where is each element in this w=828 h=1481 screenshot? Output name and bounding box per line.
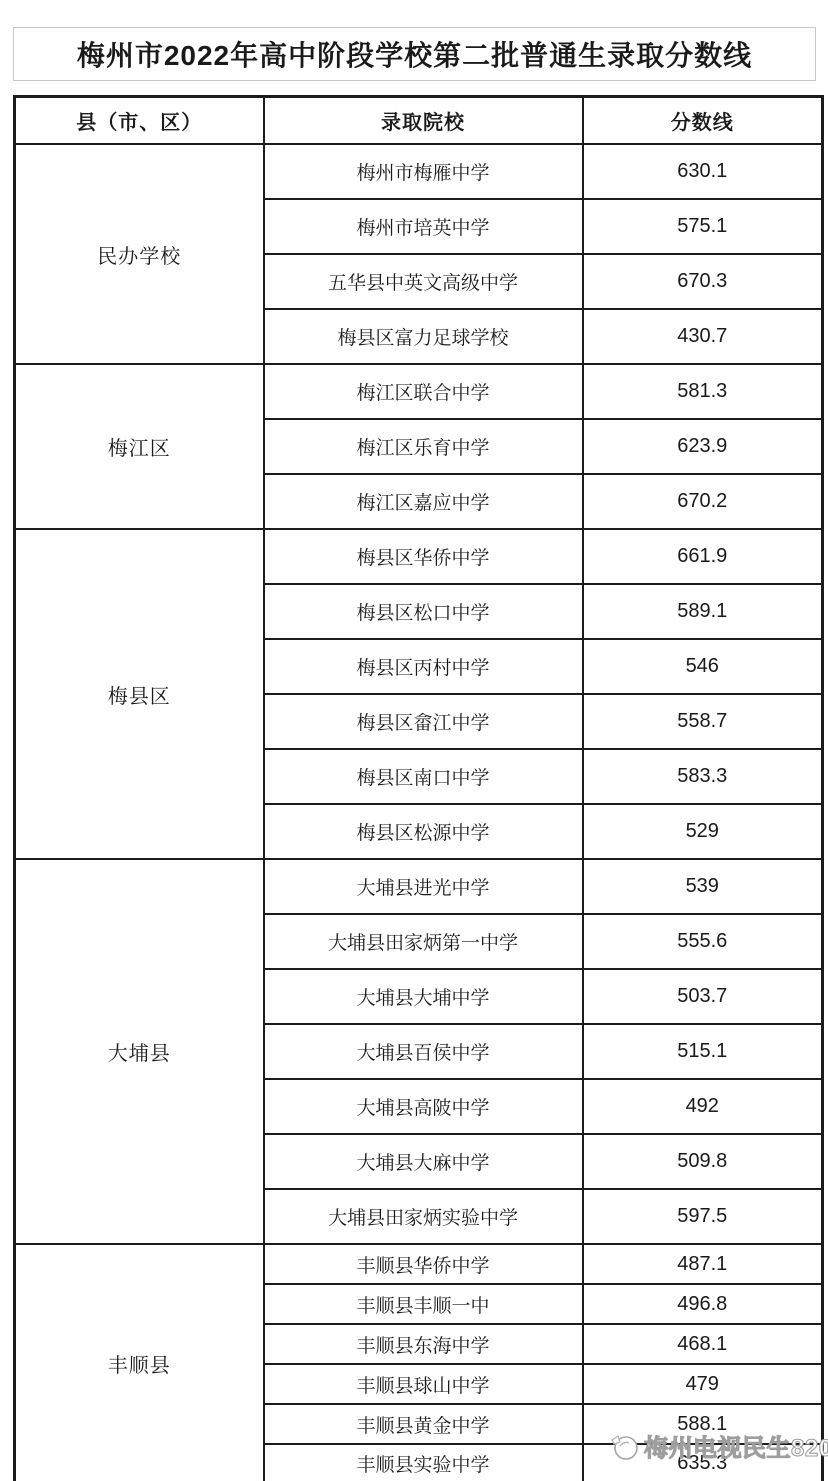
score-cell: 529 xyxy=(583,804,823,859)
school-cell: 大埔县田家炳第一中学 xyxy=(264,914,583,969)
score-cell: 670.2 xyxy=(583,474,823,529)
score-cell: 661.9 xyxy=(583,529,823,584)
table-row: 丰顺县丰顺县华侨中学487.1 xyxy=(15,1244,823,1284)
score-cell: 487.1 xyxy=(583,1244,823,1284)
school-cell: 丰顺县球山中学 xyxy=(264,1364,583,1404)
header-region: 县（市、区） xyxy=(15,97,264,145)
school-cell: 梅江区嘉应中学 xyxy=(264,474,583,529)
table-row: 民办学校梅州市梅雁中学630.1 xyxy=(15,144,823,199)
school-cell: 梅县区松口中学 xyxy=(264,584,583,639)
school-cell: 大埔县大麻中学 xyxy=(264,1134,583,1189)
header-school: 录取院校 xyxy=(264,97,583,145)
score-cell: 635.3 xyxy=(583,1444,823,1481)
page-title-text: 梅州市2022年高中阶段学校第二批普通生录取分数线 xyxy=(77,34,752,74)
score-cell: 479 xyxy=(583,1364,823,1404)
score-cell: 468.1 xyxy=(583,1324,823,1364)
score-cell: 575.1 xyxy=(583,199,823,254)
score-cell: 583.3 xyxy=(583,749,823,804)
school-cell: 梅县区松源中学 xyxy=(264,804,583,859)
header-row: 县（市、区） 录取院校 分数线 xyxy=(15,97,823,145)
score-cell: 546 xyxy=(583,639,823,694)
school-cell: 梅县区富力足球学校 xyxy=(264,309,583,364)
table-row: 梅县区梅县区华侨中学661.9 xyxy=(15,529,823,584)
school-cell: 五华县中英文高级中学 xyxy=(264,254,583,309)
school-cell: 梅县区丙村中学 xyxy=(264,639,583,694)
school-cell: 丰顺县东海中学 xyxy=(264,1324,583,1364)
score-cell: 555.6 xyxy=(583,914,823,969)
region-cell: 丰顺县 xyxy=(15,1244,264,1481)
school-cell: 大埔县进光中学 xyxy=(264,859,583,914)
school-cell: 丰顺县黄金中学 xyxy=(264,1404,583,1444)
score-cell: 558.7 xyxy=(583,694,823,749)
score-table-body: 民办学校梅州市梅雁中学630.1梅州市培英中学575.1五华县中英文高级中学67… xyxy=(15,144,823,1481)
school-cell: 梅县区南口中学 xyxy=(264,749,583,804)
school-cell: 梅县区华侨中学 xyxy=(264,529,583,584)
school-cell: 丰顺县丰顺一中 xyxy=(264,1284,583,1324)
score-cell: 670.3 xyxy=(583,254,823,309)
score-cell: 430.7 xyxy=(583,309,823,364)
region-cell: 大埔县 xyxy=(15,859,264,1244)
school-cell: 梅州市培英中学 xyxy=(264,199,583,254)
region-cell: 民办学校 xyxy=(15,144,264,364)
table-row: 梅江区梅江区联合中学581.3 xyxy=(15,364,823,419)
school-cell: 丰顺县实验中学 xyxy=(264,1444,583,1481)
school-cell: 大埔县田家炳实验中学 xyxy=(264,1189,583,1244)
school-cell: 大埔县大埔中学 xyxy=(264,969,583,1024)
school-cell: 梅县区畲江中学 xyxy=(264,694,583,749)
school-cell: 大埔县百侯中学 xyxy=(264,1024,583,1079)
school-cell: 梅江区乐育中学 xyxy=(264,419,583,474)
school-cell: 梅州市梅雁中学 xyxy=(264,144,583,199)
school-cell: 丰顺县华侨中学 xyxy=(264,1244,583,1284)
score-cell: 630.1 xyxy=(583,144,823,199)
school-cell: 大埔县高陂中学 xyxy=(264,1079,583,1134)
score-cell: 503.7 xyxy=(583,969,823,1024)
score-cell: 509.8 xyxy=(583,1134,823,1189)
table-row: 大埔县大埔县进光中学539 xyxy=(15,859,823,914)
score-table: 县（市、区） 录取院校 分数线 民办学校梅州市梅雁中学630.1梅州市培英中学5… xyxy=(13,95,824,1481)
score-cell: 496.8 xyxy=(583,1284,823,1324)
score-cell: 492 xyxy=(583,1079,823,1134)
school-cell: 梅江区联合中学 xyxy=(264,364,583,419)
region-cell: 梅县区 xyxy=(15,529,264,859)
score-cell: 539 xyxy=(583,859,823,914)
score-cell: 623.9 xyxy=(583,419,823,474)
score-cell: 588.1 xyxy=(583,1404,823,1444)
page-title: 梅州市2022年高中阶段学校第二批普通生录取分数线 xyxy=(13,27,816,81)
region-cell: 梅江区 xyxy=(15,364,264,529)
score-cell: 597.5 xyxy=(583,1189,823,1244)
score-cell: 515.1 xyxy=(583,1024,823,1079)
score-cell: 589.1 xyxy=(583,584,823,639)
header-score: 分数线 xyxy=(583,97,823,145)
score-cell: 581.3 xyxy=(583,364,823,419)
